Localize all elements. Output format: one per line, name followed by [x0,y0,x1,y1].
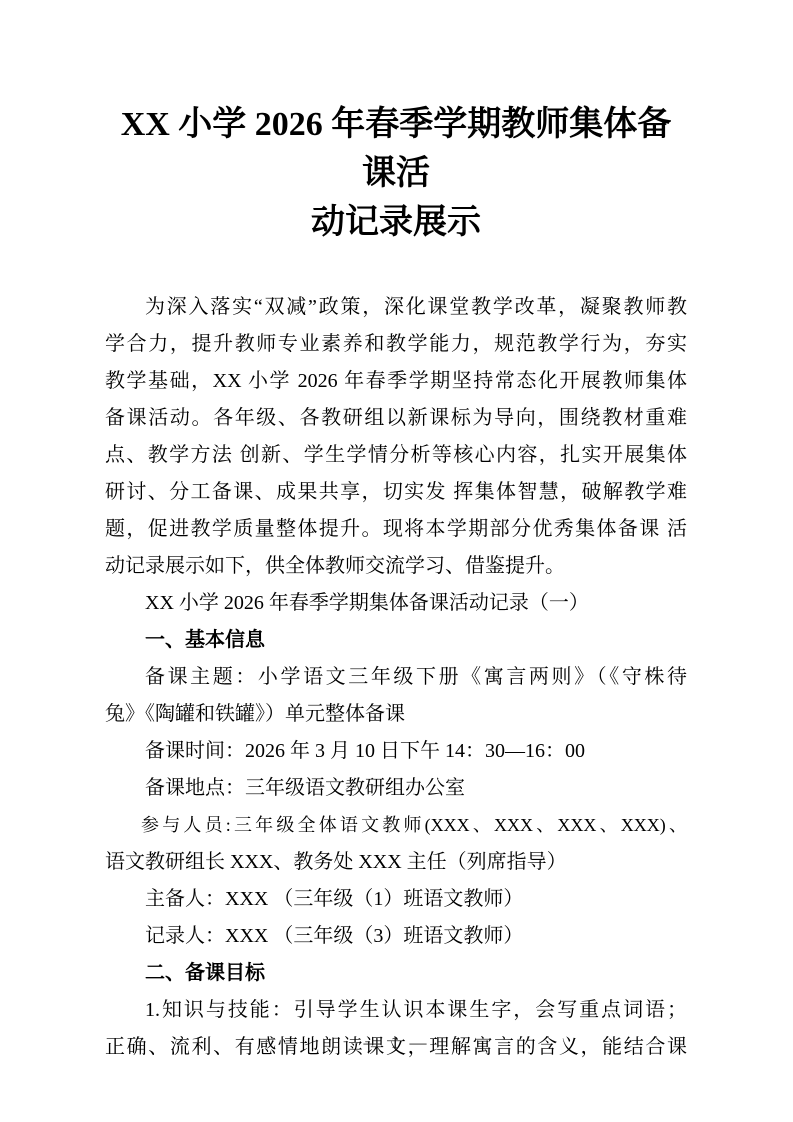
document-line: 研讨、分工备课、成果共享，切实发 挥集体智慧，破解教学难 [105,474,687,511]
document-title-line-1: XX 小学 2026 年春季学期教师集体备课活 [105,100,687,198]
document-line: 备课地点：三年级语文教研组办公室 [105,770,687,807]
document-page: XX 小学 2026 年春季学期教师集体备课活 动记录展示 为深入落实“双减”政… [0,0,793,1122]
document-body: 为深入落实“双减”政策，深化课堂教学改革，凝聚教师教 学合力，提升教师专业素养和… [105,289,687,1066]
page-number: — 1 — [0,1033,793,1053]
document-line: 点、教学方法 创新、学生学情分析等核心内容，扎实开展集体 [105,437,687,474]
document-line: 1.知识与技能：引导学生认识本课生字，会写重点词语； [105,992,687,1029]
document-line: 记录人：XXX （三年级（3）班语文教师） [105,918,687,955]
record-subtitle: XX 小学 2026 年春季学期集体备课活动记录（一） [105,585,687,622]
document-title: XX 小学 2026 年春季学期教师集体备课活 动记录展示 [105,100,687,247]
document-line: 教学基础，XX 小学 2026 年春季学期坚持常态化开展教师集体 [105,363,687,400]
document-line: 主备人：XXX （三年级（1）班语文教师） [105,881,687,918]
document-line: 题，促进教学质量整体提升。现将本学期部分优秀集体备课 活 [105,511,687,548]
document-title-line-2: 动记录展示 [105,198,687,247]
document-line: 动记录展示如下，供全体教师交流学习、借鉴提升。 [105,548,687,585]
document-line: 学合力，提升教师专业素养和教学能力，规范教学行为，夯实 [105,326,687,363]
section-heading-goals: 二、备课目标 [105,955,687,992]
document-content: XX 小学 2026 年春季学期教师集体备课活 动记录展示 为深入落实“双减”政… [105,100,687,1066]
document-line: 参与人员:三年级全体语文教师(XXX、XXX、XXX、XXX)、 [105,807,687,844]
section-heading-basic-info: 一、基本信息 [105,622,687,659]
document-line: 备课时间：2026 年 3 月 10 日下午 14：30—16：00 [105,733,687,770]
document-line: 备课主题：小学语文三年级下册《寓言两则》（《守株待 [105,659,687,696]
document-line: 为深入落实“双减”政策，深化课堂教学改革，凝聚教师教 [105,289,687,326]
document-line: 语文教研组长 XXX、教务处 XXX 主任（列席指导） [105,844,687,881]
document-line: 备课活动。各年级、各教研组以新课标为导向，围绕教材重难 [105,400,687,437]
document-line: 兔》《陶罐和铁罐》）单元整体备课 [105,696,687,733]
